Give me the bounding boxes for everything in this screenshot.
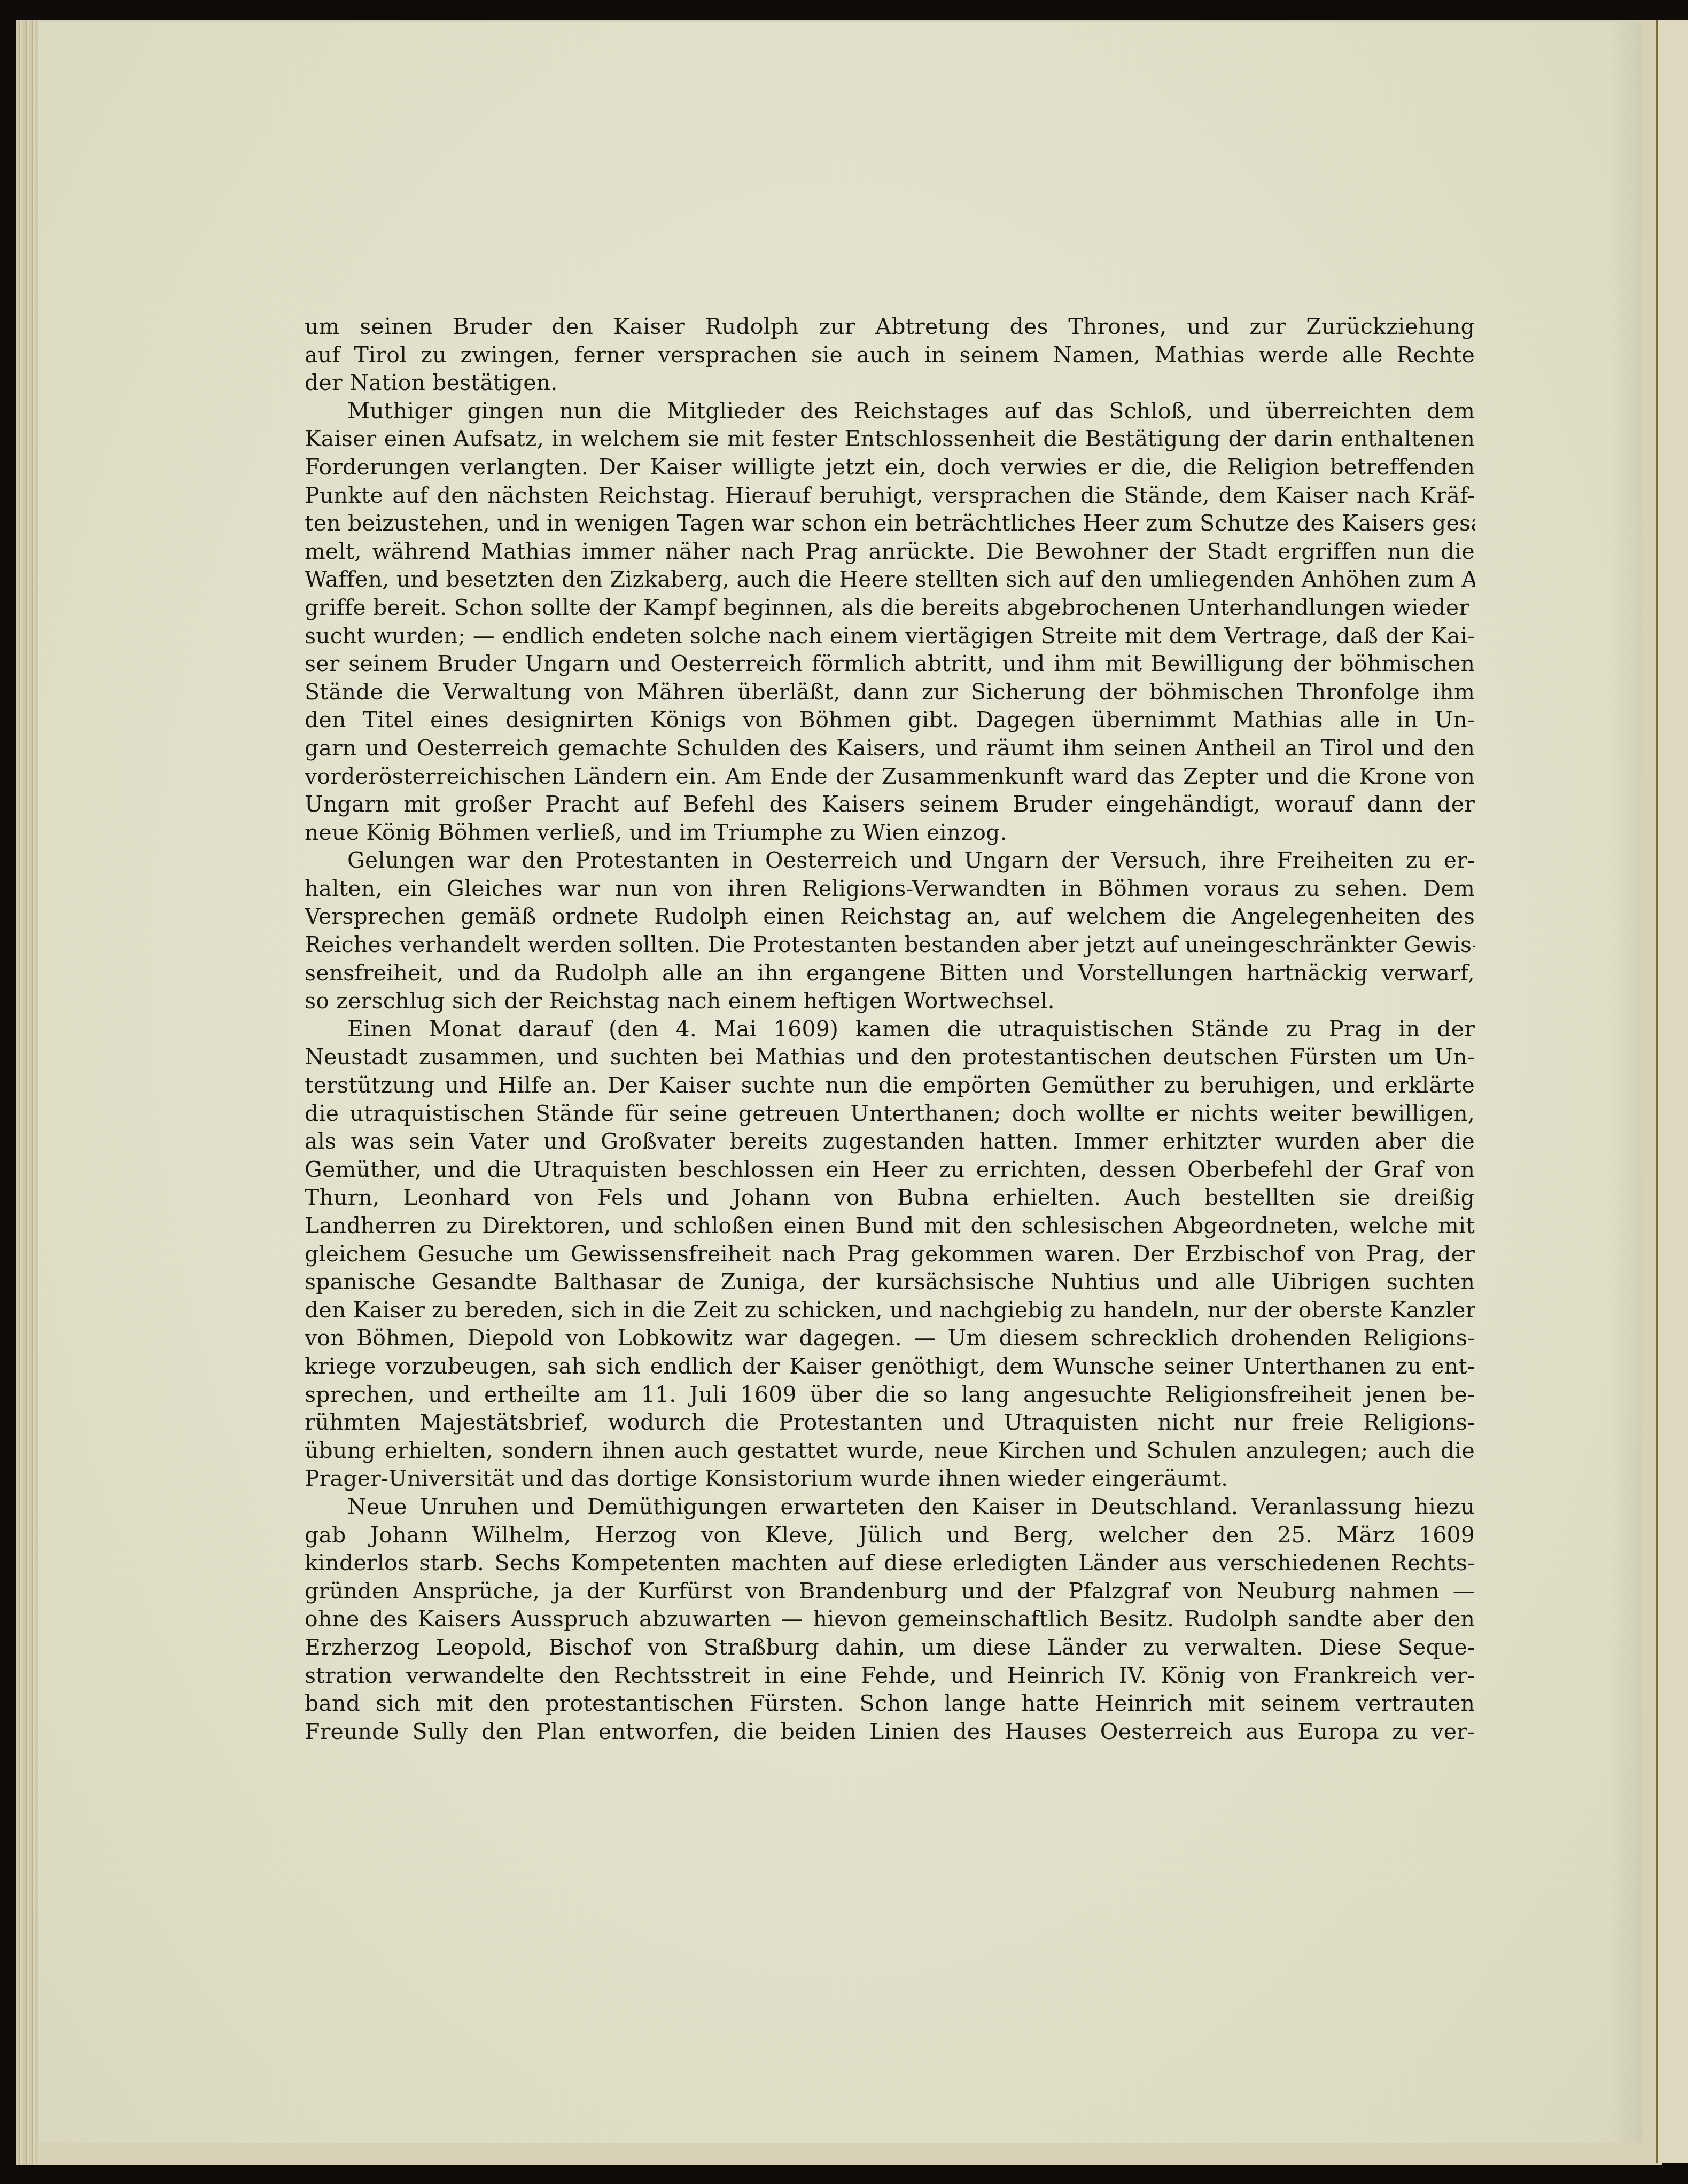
text-line: vorderösterreichischen Ländern ein. Am E… — [305, 762, 1475, 791]
text-line: von Böhmen, Diepold von Lobkowitz war da… — [305, 1324, 1475, 1352]
text-line: Waffen, und besetzten den Zizkaberg, auc… — [305, 565, 1475, 594]
text-line: gab Johann Wilhelm, Herzog von Kleve, Jü… — [305, 1521, 1475, 1549]
text-line: Ungarn mit großer Pracht auf Befehl des … — [305, 790, 1475, 818]
text-line: garn und Oesterreich gemachte Schulden d… — [305, 734, 1475, 762]
text-line: auf Tirol zu zwingen, ferner versprachen… — [305, 341, 1475, 369]
text-line: den Kaiser zu bereden, sich in die Zeit … — [305, 1296, 1475, 1324]
text-line: Punkte auf den nächsten Reichstag. Hiera… — [305, 481, 1475, 510]
paragraph-1: um seinen Bruder den Kaiser Rudolph zur … — [305, 313, 1475, 397]
text-line: terstützung und Hilfe an. Der Kaiser suc… — [305, 1071, 1475, 1099]
text-line: Freunde Sully den Plan entworfen, die be… — [305, 1718, 1475, 1746]
book-gutter — [1656, 20, 1688, 2163]
text-line: spanische Gesandte Balthasar de Zuniga, … — [305, 1268, 1475, 1296]
text-line: als was sein Vater und Großvater bereits… — [305, 1127, 1475, 1156]
text-line: neue König Böhmen verließ, und im Triump… — [305, 818, 1475, 847]
text-line: übung erhielten, sondern ihnen auch gest… — [305, 1437, 1475, 1465]
text-line: griffe bereit. Schon sollte der Kampf be… — [305, 594, 1475, 622]
text-line: um seinen Bruder den Kaiser Rudolph zur … — [305, 313, 1475, 341]
body-text: um seinen Bruder den Kaiser Rudolph zur … — [305, 313, 1475, 1745]
text-line: die utraquistischen Stände für seine get… — [305, 1099, 1475, 1128]
text-line: gründen Ansprüche, ja der Kurfürst von B… — [305, 1577, 1475, 1605]
text-line: Kaiser einen Aufsatz, in welchem sie mit… — [305, 425, 1475, 453]
text-line: Prager-Universität und das dortige Konsi… — [305, 1464, 1475, 1493]
text-line: ohne des Kaisers Ausspruch abzuwarten — … — [305, 1605, 1475, 1633]
paragraph-3: Gelungen war den Protestanten in Oesterr… — [305, 846, 1475, 1015]
text-line: Versprechen gemäß ordnete Rudolph einen … — [305, 902, 1475, 931]
text-line: ten beizustehen, und in wenigen Tagen wa… — [305, 509, 1475, 537]
text-line: kriege vorzubeugen, sah sich endlich der… — [305, 1352, 1475, 1380]
text-line: Muthiger gingen nun die Mitglieder des R… — [305, 397, 1475, 425]
text-line: Gemüther, und die Utraquisten beschlosse… — [305, 1156, 1475, 1184]
text-line: sucht wurden; — endlich endeten solche n… — [305, 622, 1475, 650]
text-line: sprechen, und ertheilte am 11. Juli 1609… — [305, 1380, 1475, 1409]
text-line: Erzherzog Leopold, Bischof von Straßburg… — [305, 1633, 1475, 1662]
text-line: rühmten Majestätsbrief, wodurch die Prot… — [305, 1408, 1475, 1437]
text-line: stration verwandelte den Rechtsstreit in… — [305, 1662, 1475, 1690]
text-line: band sich mit den protestantischen Fürst… — [305, 1689, 1475, 1718]
text-line: Stände die Verwaltung von Mähren überläß… — [305, 678, 1475, 706]
text-line: ser seinem Bruder Ungarn und Oesterreich… — [305, 650, 1475, 678]
text-line: Neue Unruhen und Demüthigungen erwartete… — [305, 1493, 1475, 1521]
text-line: Reiches verhandelt werden sollten. Die P… — [305, 931, 1475, 959]
text-line: gleichem Gesuche um Gewissensfreiheit na… — [305, 1240, 1475, 1268]
text-line: Landherren zu Direktoren, und schloßen e… — [305, 1212, 1475, 1240]
text-line: sensfreiheit, und da Rudolph alle an ihn… — [305, 959, 1475, 987]
text-line: Forderungen verlangten. Der Kaiser willi… — [305, 453, 1475, 481]
paragraph-4: Einen Monat darauf (den 4. Mai 1609) kam… — [305, 1015, 1475, 1493]
text-line: halten, ein Gleiches war nun von ihren R… — [305, 875, 1475, 903]
text-line: so zerschlug sich der Reichstag nach ein… — [305, 987, 1475, 1015]
text-line: Thurn, Leonhard von Fels und Johann von … — [305, 1183, 1475, 1212]
text-line: Neustadt zusammen, und suchten bei Mathi… — [305, 1043, 1475, 1071]
text-line: Gelungen war den Protestanten in Oesterr… — [305, 846, 1475, 875]
text-line: melt, während Mathias immer näher nach P… — [305, 537, 1475, 566]
text-line: der Nation bestätigen. — [305, 369, 1475, 397]
paragraph-2: Muthiger gingen nun die Mitglieder des R… — [305, 397, 1475, 847]
paragraph-5: Neue Unruhen und Demüthigungen erwartete… — [305, 1493, 1475, 1745]
text-line: kinderlos starb. Sechs Kompetenten macht… — [305, 1549, 1475, 1577]
text-line: Einen Monat darauf (den 4. Mai 1609) kam… — [305, 1015, 1475, 1043]
text-line: den Titel eines designirten Königs von B… — [305, 706, 1475, 734]
